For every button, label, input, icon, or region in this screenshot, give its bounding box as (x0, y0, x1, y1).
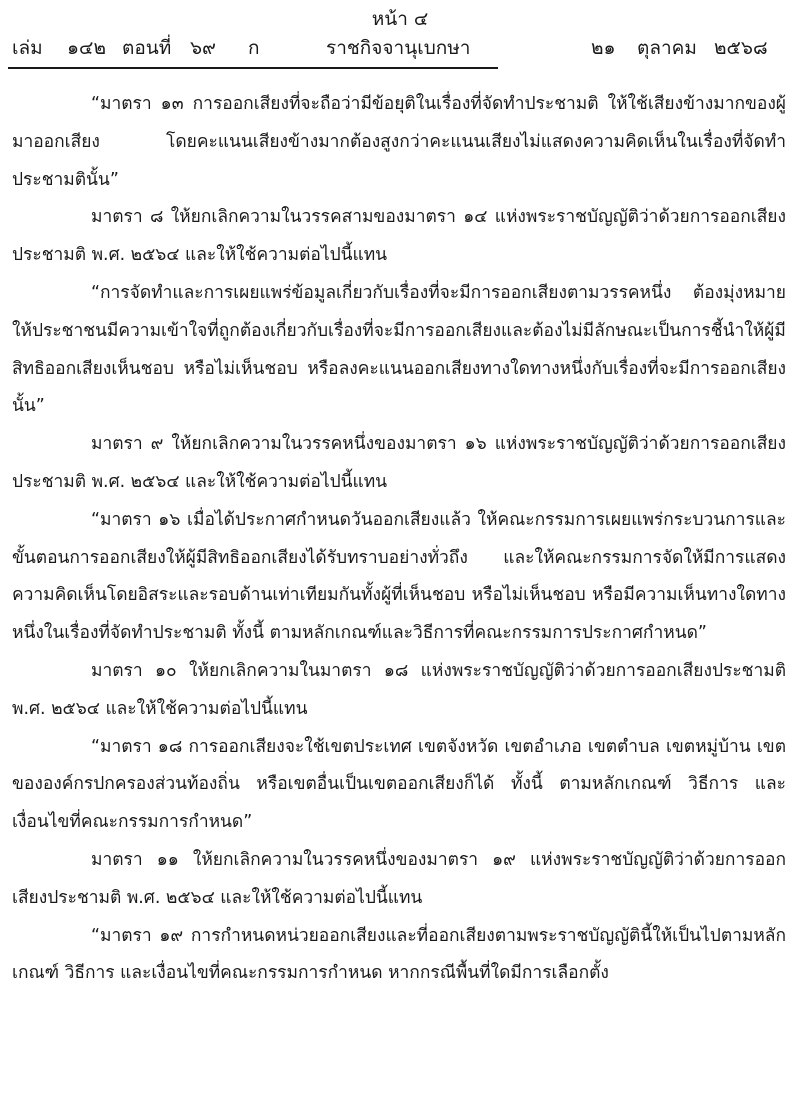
document-body: “มาตรา ๑๓ การออกเสียงที่จะถือว่ามีข้อยุต… (12, 86, 786, 993)
gazette-page: หน้า ๔ เล่ม ๑๔๒ ตอนที่ ๖๙ ก ราชกิจจานุเบ… (0, 0, 800, 1099)
running-header: เล่ม ๑๔๒ ตอนที่ ๖๙ ก ราชกิจจานุเบกษา ๒๑ … (12, 34, 788, 62)
paragraph-quote-section-13: “มาตรา ๑๓ การออกเสียงที่จะถือว่ามีข้อยุต… (12, 86, 786, 199)
header-divider (8, 67, 498, 69)
paragraph-quote-section-19: “มาตรา ๑๙ การกำหนดหน่วยออกเสียงและที่ออก… (12, 918, 786, 994)
page-number: หน้า ๔ (0, 6, 800, 32)
volume-number: ๑๔๒ (67, 34, 106, 62)
paragraph-section-9: มาตรา ๙ ให้ยกเลิกความในวรรคหนึ่งของมาตรา… (12, 426, 786, 502)
paragraph-quote-section-16: “มาตรา ๑๖ เมื่อได้ประกาศกำหนดวันออกเสียง… (12, 502, 786, 653)
volume-label: เล่ม (12, 34, 43, 62)
paragraph-quote-section-14: “การจัดทำและการเผยแพร่ข้อมูลเกี่ยวกับเรื… (12, 275, 786, 426)
date-day: ๒๑ (591, 34, 616, 62)
paragraph-section-8: มาตรา ๘ ให้ยกเลิกความในวรรคสามของมาตรา ๑… (12, 199, 786, 275)
paragraph-section-10: มาตรา ๑๐ ให้ยกเลิกความในมาตรา ๑๘ แห่งพระ… (12, 653, 786, 729)
section-label: ก (248, 34, 260, 62)
publication-title: ราชกิจจานุเบกษา (326, 34, 470, 62)
date-month: ตุลาคม (637, 34, 697, 62)
paragraph-section-11: มาตรา ๑๑ ให้ยกเลิกความในวรรคหนึ่งของมาตร… (12, 842, 786, 918)
date-year: ๒๕๖๘ (714, 34, 768, 62)
issue-label: ตอนที่ (122, 34, 171, 62)
paragraph-quote-section-18: “มาตรา ๑๘ การออกเสียงจะใช้เขตประเทศ เขตจ… (12, 729, 786, 842)
issue-number: ๖๙ (190, 34, 216, 62)
